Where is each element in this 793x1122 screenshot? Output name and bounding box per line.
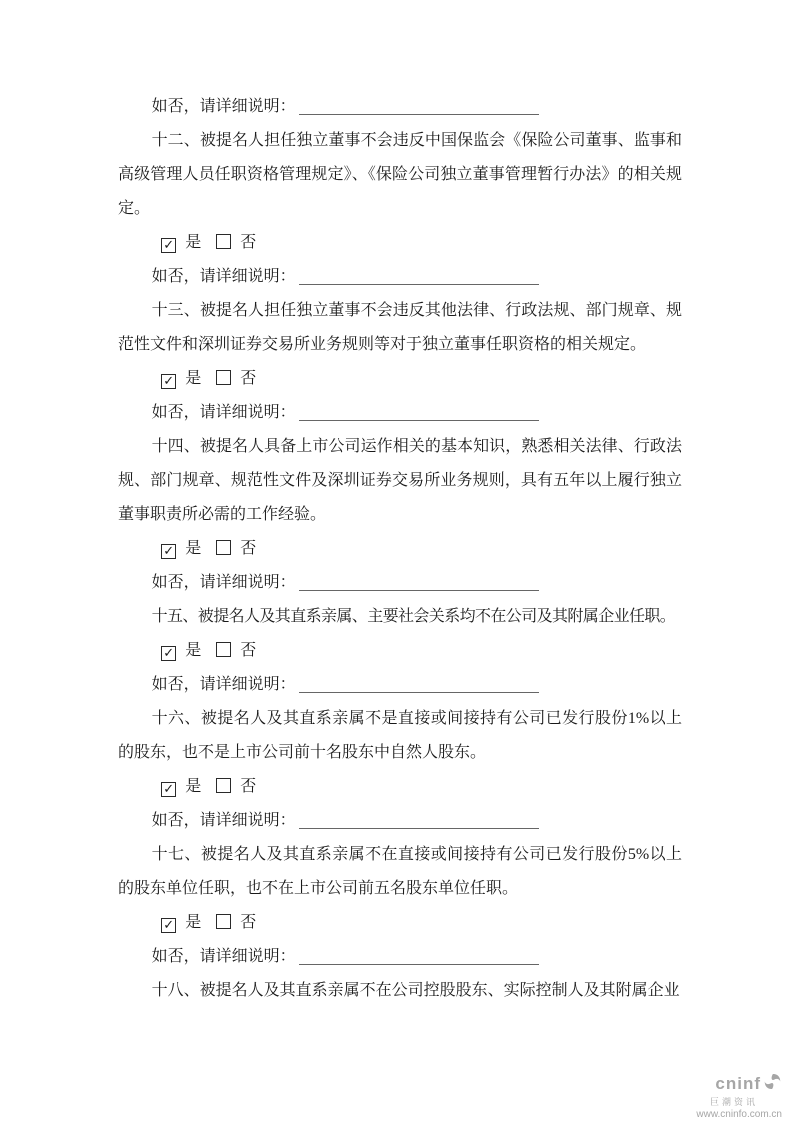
no-label: 否 xyxy=(240,234,257,251)
no-label: 否 xyxy=(240,642,257,659)
check-mark-icon: ✓ xyxy=(163,918,174,933)
check-mark-icon: ✓ xyxy=(163,544,174,559)
clause-12: 十二、被提名人担任独立董事不会违反中国保监会《保险公司董事、监事和高级管理人员任… xyxy=(118,124,682,226)
blank-field xyxy=(299,267,539,285)
answer-line: ✓是否 xyxy=(118,770,682,804)
checkbox-yes-checked-icon: ✓ xyxy=(161,238,176,253)
no-label: 否 xyxy=(240,914,257,931)
checkbox-yes-checked-icon: ✓ xyxy=(161,646,176,661)
no-label: 否 xyxy=(240,540,257,557)
followup-label: 如否，请详细说明： xyxy=(152,948,296,965)
followup-line: 如否，请详细说明： xyxy=(118,260,682,294)
yes-label: 是 xyxy=(185,234,202,251)
clause-13: 十三、被提名人担任独立董事不会违反其他法律、行政法规、部门规章、规范性文件和深圳… xyxy=(118,294,682,362)
blank-field xyxy=(299,947,539,965)
checkbox-no-unchecked-icon xyxy=(216,642,231,657)
followup-label: 如否，请详细说明： xyxy=(152,812,296,829)
followup-label: 如否，请详细说明： xyxy=(152,404,296,421)
cninfo-swirl-icon xyxy=(763,1072,782,1095)
checkbox-yes-checked-icon: ✓ xyxy=(161,782,176,797)
yes-label: 是 xyxy=(185,914,202,931)
clause-17: 十七、被提名人及其直系亲属不在直接或间接持有公司已发行股份5%以上的股东单位任职… xyxy=(118,838,682,906)
document-body: 如否，请详细说明： 十二、被提名人担任独立董事不会违反中国保监会《保险公司董事、… xyxy=(118,90,682,1008)
followup-line: 如否，请详细说明： xyxy=(118,940,682,974)
checkbox-no-unchecked-icon xyxy=(216,914,231,929)
clause-18-partial: 十八、被提名人及其直系亲属不在公司控股股东、实际控制人及其附属企业 xyxy=(118,974,682,1008)
followup-label: 如否，请详细说明： xyxy=(152,676,296,693)
check-mark-icon: ✓ xyxy=(163,782,174,797)
check-mark-icon: ✓ xyxy=(163,238,174,253)
checkbox-yes-checked-icon: ✓ xyxy=(161,918,176,933)
followup-label: 如否，请详细说明： xyxy=(152,574,296,591)
yes-label: 是 xyxy=(185,642,202,659)
checkbox-yes-checked-icon: ✓ xyxy=(161,374,176,389)
followup-line: 如否，请详细说明： xyxy=(118,566,682,600)
blank-field xyxy=(299,97,539,115)
blank-field xyxy=(299,403,539,421)
checkbox-yes-checked-icon: ✓ xyxy=(161,544,176,559)
cninfo-url: www.cninfo.com.cn xyxy=(696,1110,782,1120)
yes-label: 是 xyxy=(185,778,202,795)
answer-line: ✓是否 xyxy=(118,532,682,566)
cninfo-watermark: cninf 巨潮资讯 www.cninfo.com.cn xyxy=(696,1072,782,1120)
cninfo-brand-text: cninf xyxy=(715,1075,761,1092)
blank-field xyxy=(299,811,539,829)
followup-line: 如否，请详细说明： xyxy=(118,804,682,838)
answer-line: ✓是否 xyxy=(118,906,682,940)
no-label: 否 xyxy=(240,778,257,795)
followup-label: 如否，请详细说明： xyxy=(152,98,296,115)
checkbox-no-unchecked-icon xyxy=(216,778,231,793)
check-mark-icon: ✓ xyxy=(163,374,174,389)
answer-line: ✓是否 xyxy=(118,226,682,260)
checkbox-no-unchecked-icon xyxy=(216,370,231,385)
clause-15: 十五、被提名人及其直系亲属、主要社会关系均不在公司及其附属企业任职。 xyxy=(118,600,682,634)
blank-field xyxy=(299,675,539,693)
followup-line: 如否，请详细说明： xyxy=(118,668,682,702)
followup-line: 如否，请详细说明： xyxy=(118,396,682,430)
no-label: 否 xyxy=(240,370,257,387)
yes-label: 是 xyxy=(185,370,202,387)
cninfo-brand-cn: 巨潮资讯 xyxy=(696,1098,758,1107)
followup-label: 如否，请详细说明： xyxy=(152,268,296,285)
blank-field xyxy=(299,573,539,591)
answer-line: ✓是否 xyxy=(118,634,682,668)
checkbox-no-unchecked-icon xyxy=(216,234,231,249)
followup-line: 如否，请详细说明： xyxy=(118,90,682,124)
yes-label: 是 xyxy=(185,540,202,557)
checkbox-no-unchecked-icon xyxy=(216,540,231,555)
clause-16: 十六、被提名人及其直系亲属不是直接或间接持有公司已发行股份1%以上的股东，也不是… xyxy=(118,702,682,770)
answer-line: ✓是否 xyxy=(118,362,682,396)
clause-14: 十四、被提名人具备上市公司运作相关的基本知识，熟悉相关法律、行政法规、部门规章、… xyxy=(118,430,682,532)
check-mark-icon: ✓ xyxy=(163,646,174,661)
